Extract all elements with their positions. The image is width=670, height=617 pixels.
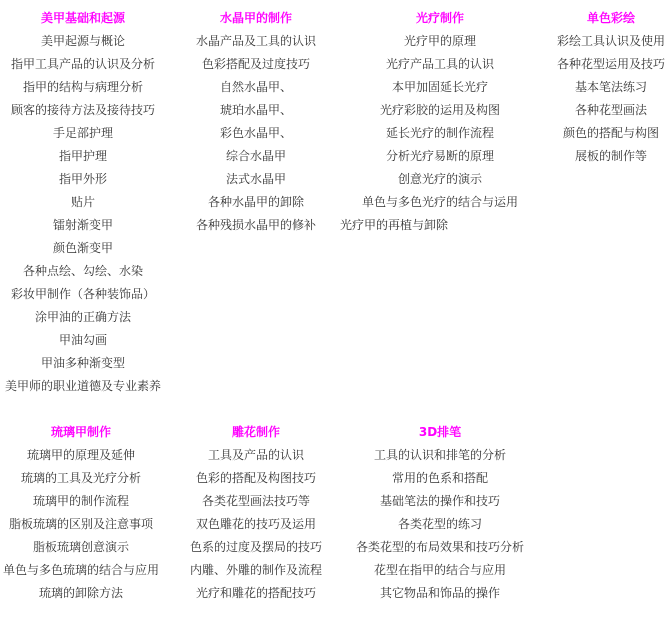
list-item: 展板的制作等	[575, 145, 647, 168]
list-item: 彩绘工具认识及使用	[557, 30, 665, 53]
list-item: 单色与多色光疗的结合与运用	[362, 191, 518, 214]
list-item: 琉璃甲的制作流程	[33, 490, 129, 513]
list-item: 镭射渐变甲	[53, 214, 113, 237]
list-item: 颜色渐变甲	[53, 237, 113, 260]
section-3d-brush: 3D排笔 工具的认识和排笔的分析 常用的色系和搭配 基础笔法的操作和技巧 各类花…	[345, 421, 535, 605]
list-item: 彩妆甲制作（各种装饰品）	[11, 283, 155, 306]
list-item: 顾客的接待方法及接待技巧	[11, 99, 155, 122]
list-item: 双色雕花的技巧及运用	[196, 513, 316, 536]
list-item: 水晶产品及工具的认识	[196, 30, 316, 53]
list-item: 各种水晶甲的卸除	[208, 191, 304, 214]
list-item: 各类花型的练习	[398, 513, 482, 536]
list-item: 色彩搭配及过度技巧	[202, 53, 310, 76]
list-item: 各类花型画法技巧等	[202, 490, 310, 513]
list-item: 创意光疗的演示	[398, 168, 482, 191]
list-item: 本甲加固延长光疗	[392, 76, 488, 99]
list-item: 常用的色系和搭配	[392, 467, 488, 490]
list-item: 琉璃的工具及光疗分析	[21, 467, 141, 490]
list-item: 综合水晶甲	[226, 145, 286, 168]
section-glass-nails: 琉璃甲制作 琉璃甲的原理及延伸 琉璃的工具及光疗分析 琉璃甲的制作流程 脂板琉璃…	[0, 421, 162, 605]
section-heading: 雕花制作	[232, 421, 280, 444]
list-item: 色彩的搭配及构图技巧	[196, 467, 316, 490]
list-item: 自然水晶甲、	[220, 76, 292, 99]
section-single-color-painting: 单色彩绘 彩绘工具认识及使用 各种花型运用及技巧 基本笔法练习 各种花型画法 颜…	[552, 7, 670, 168]
list-item: 基本笔法练习	[575, 76, 647, 99]
list-item: 各种点绘、勾绘、水染	[23, 260, 143, 283]
list-item: 基础笔法的操作和技巧	[380, 490, 500, 513]
list-item: 工具的认识和排笔的分析	[374, 444, 506, 467]
list-item: 内雕、外雕的制作及流程	[190, 559, 322, 582]
list-item: 延长光疗的制作流程	[386, 122, 494, 145]
list-item: 脂板琉璃的区别及注意事项	[9, 513, 153, 536]
list-item: 单色与多色琉璃的结合与应用	[3, 559, 159, 582]
list-item: 分析光疗易断的原理	[386, 145, 494, 168]
section-heading: 光疗制作	[416, 7, 464, 30]
list-item: 光疗甲的再植与卸除	[340, 214, 448, 237]
list-item: 琥珀水晶甲、	[220, 99, 292, 122]
section-heading: 水晶甲的制作	[220, 7, 292, 30]
list-item: 甲油多种渐变型	[41, 352, 125, 375]
list-item: 琉璃的卸除方法	[39, 582, 123, 605]
section-heading: 单色彩绘	[587, 7, 635, 30]
list-item: 美甲师的职业道德及专业素养	[5, 375, 161, 398]
list-item: 指甲的结构与病理分析	[23, 76, 143, 99]
list-item: 指甲护理	[59, 145, 107, 168]
list-item: 其它物品和饰品的操作	[380, 582, 500, 605]
list-item: 甲油勾画	[59, 329, 107, 352]
list-item: 指甲外形	[59, 168, 107, 191]
list-item: 光疗产品工具的认识	[386, 53, 494, 76]
list-item: 各类花型的布局效果和技巧分析	[356, 536, 524, 559]
section-heading: 3D排笔	[419, 421, 461, 444]
section-nail-basics: 美甲基础和起源 美甲起源与概论 指甲工具产品的认识及分析 指甲的结构与病理分析 …	[0, 7, 166, 398]
list-item: 光疗甲的原理	[404, 30, 476, 53]
list-item: 各种花型运用及技巧	[557, 53, 665, 76]
list-item: 工具及产品的认识	[208, 444, 304, 467]
list-item: 手足部护理	[53, 122, 113, 145]
list-item: 各种残损水晶甲的修补	[196, 214, 316, 237]
list-item: 脂板琉璃创意演示	[33, 536, 129, 559]
list-item: 各种花型画法	[575, 99, 647, 122]
list-item: 法式水晶甲	[226, 168, 286, 191]
list-item: 琉璃甲的原理及延伸	[27, 444, 135, 467]
section-heading: 美甲基础和起源	[41, 7, 125, 30]
list-item: 颜色的搭配与构图	[563, 122, 659, 145]
section-carved-flowers: 雕花制作 工具及产品的认识 色彩的搭配及构图技巧 各类花型画法技巧等 双色雕花的…	[186, 421, 326, 605]
section-crystal-nails: 水晶甲的制作 水晶产品及工具的认识 色彩搭配及过度技巧 自然水晶甲、 琥珀水晶甲…	[186, 7, 326, 237]
list-item: 贴片	[71, 191, 95, 214]
list-item: 彩色水晶甲、	[220, 122, 292, 145]
list-item: 光疗彩胶的运用及构图	[380, 99, 500, 122]
section-gel-nails: 光疗制作 光疗甲的原理 光疗产品工具的认识 本甲加固延长光疗 光疗彩胶的运用及构…	[340, 7, 540, 237]
list-item: 涂甲油的正确方法	[35, 306, 131, 329]
list-item: 花型在指甲的结合与应用	[374, 559, 506, 582]
list-item: 指甲工具产品的认识及分析	[11, 53, 155, 76]
section-heading: 琉璃甲制作	[51, 421, 111, 444]
list-item: 色系的过度及摆局的技巧	[190, 536, 322, 559]
list-item: 美甲起源与概论	[41, 30, 125, 53]
list-item: 光疗和雕花的搭配技巧	[196, 582, 316, 605]
